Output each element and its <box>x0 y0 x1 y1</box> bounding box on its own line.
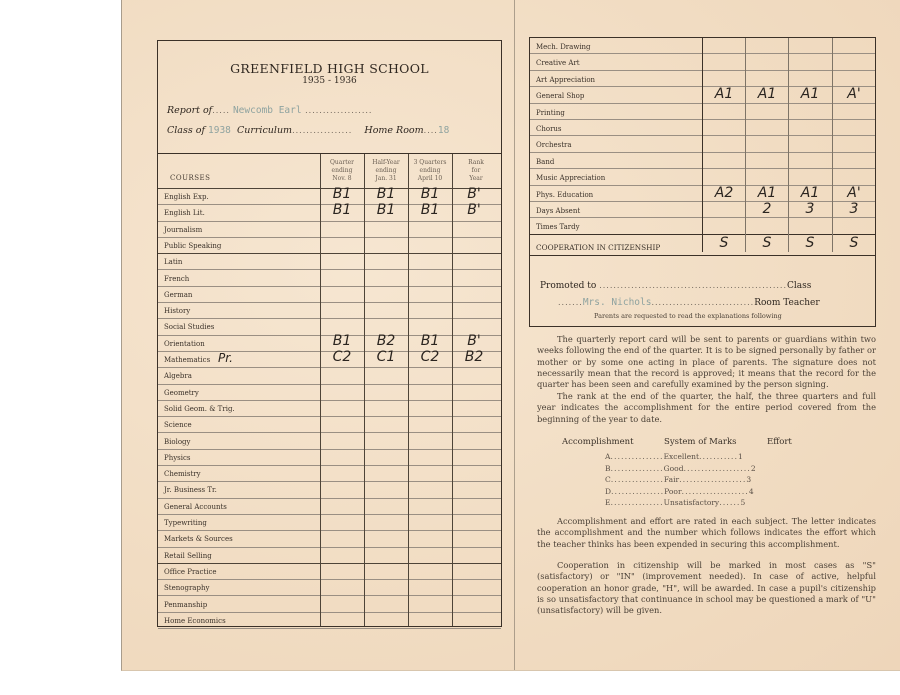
course-name: General Shop <box>536 92 584 100</box>
handwritten-note: Pr. <box>218 351 233 365</box>
grade-cell: A' <box>834 86 874 102</box>
table-row <box>158 385 501 401</box>
grade-cell: B1 <box>366 202 406 218</box>
course-name: French <box>164 275 189 283</box>
course-name: Physics <box>164 454 191 462</box>
class-of-value: 1938 <box>208 125 231 136</box>
course-name: Mathematics <box>164 356 210 364</box>
grade-cell: B2 <box>366 333 406 349</box>
course-name: General Accounts <box>164 503 227 511</box>
course-name: English Exp. <box>164 193 209 201</box>
grade-cell: A2 <box>704 185 744 201</box>
table-row <box>158 417 501 433</box>
report-of-field: Report of..... Newcomb Earl ............… <box>167 105 372 116</box>
teacher-name: Mrs. Nichols <box>583 297 652 308</box>
course-name: German <box>164 291 192 299</box>
grade-cell: B1 <box>410 186 450 202</box>
marks-legend-row: A...............Excellent...........1 <box>605 452 743 461</box>
course-name: Jr. Business Tr. <box>164 486 217 494</box>
table-row <box>158 368 501 384</box>
column-divider <box>320 154 321 626</box>
course-name: Public Speaking <box>164 242 221 250</box>
course-name: Social Studies <box>164 323 214 331</box>
grade-cell: C2 <box>410 349 450 365</box>
column-divider <box>832 38 833 252</box>
class-of-label: Class of <box>167 125 205 136</box>
marks-legend-row: E...............Unsatisfactory......5 <box>605 498 745 507</box>
grades-table-right: Mech. DrawingCreative ArtArt Appreciatio… <box>529 37 876 327</box>
grade-cell: 3 <box>790 201 830 217</box>
explanation-paragraph: Accomplishment and effort are rated in e… <box>537 516 876 550</box>
room-teacher-line: .......Mrs. Nichols.....................… <box>558 297 820 308</box>
course-name: Phys. Education <box>536 191 593 199</box>
course-name: Typewriting <box>164 519 207 527</box>
column-divider <box>364 154 365 626</box>
grade-cell: B1 <box>410 202 450 218</box>
school-years: 1935 - 1936 <box>158 76 501 86</box>
column-divider <box>408 154 409 626</box>
grade-cell: A1 <box>704 86 744 102</box>
column-header-row <box>158 154 501 189</box>
table-row <box>158 515 501 531</box>
course-name: English Lit. <box>164 209 205 217</box>
grade-cell: C2 <box>322 349 362 365</box>
course-name: Office Practice <box>164 568 217 576</box>
grade-cell: A1 <box>747 185 787 201</box>
grade-cell: B2 <box>454 349 494 365</box>
parents-note: Parents are requested to read the explan… <box>594 312 782 320</box>
course-name: Stenography <box>164 584 209 592</box>
course-name: Orchestra <box>536 141 572 149</box>
table-row <box>158 466 501 482</box>
home-room-value: 18 <box>438 125 449 136</box>
grade-cell: B1 <box>410 333 450 349</box>
course-name: Chemistry <box>164 470 201 478</box>
course-name: Home Economics <box>164 617 226 625</box>
table-row <box>158 254 501 270</box>
course-name: History <box>164 307 190 315</box>
marks-legend-row: D...............Poor...................4 <box>605 487 754 496</box>
course-name: Penmanship <box>164 601 207 609</box>
table-row <box>158 434 501 450</box>
course-name: Journalism <box>164 226 202 234</box>
column-divider <box>745 38 746 252</box>
curriculum-label: Curriculum <box>237 125 292 136</box>
course-name: Times Tardy <box>536 223 580 231</box>
column-divider <box>452 154 453 626</box>
course-name: Latin <box>164 258 182 266</box>
column-divider <box>702 38 703 252</box>
table-row <box>158 222 501 238</box>
promoted-to-line: Promoted to ............................… <box>540 281 811 291</box>
grade-cell: B' <box>454 202 494 218</box>
grade-cell: A1 <box>747 86 787 102</box>
grade-cell: A1 <box>790 185 830 201</box>
course-name: Creative Art <box>536 59 580 67</box>
course-name: Orientation <box>164 340 205 348</box>
table-row <box>158 271 501 287</box>
table-row <box>158 287 501 303</box>
course-name: Retail Selling <box>164 552 212 560</box>
explanation-paragraph: The rank at the end of the quarter, the … <box>537 391 876 425</box>
grade-cell: A1 <box>790 86 830 102</box>
grade-cell: B' <box>454 333 494 349</box>
table-row <box>158 597 501 613</box>
course-name: Music Appreciation <box>536 174 605 182</box>
course-name: Chorus <box>536 125 562 133</box>
course-name: Printing <box>536 109 565 117</box>
class-of-field: Class of 1938 Curriculum................… <box>167 125 449 136</box>
course-name: Band <box>536 158 554 166</box>
grade-cell: B1 <box>322 333 362 349</box>
marks-header-effort: Effort <box>767 437 792 447</box>
marks-legend-row: B...............Good...................2 <box>605 464 756 473</box>
grade-cell: B1 <box>366 186 406 202</box>
grade-cell: S <box>834 235 874 251</box>
grade-cell: S <box>790 235 830 251</box>
student-name: Newcomb Earl <box>233 105 302 116</box>
table-row <box>158 450 501 466</box>
grade-cell: B' <box>454 186 494 202</box>
table-row <box>158 303 501 319</box>
grade-cell: S <box>747 235 787 251</box>
course-name: Days Absent <box>536 207 580 215</box>
course-name: Science <box>164 421 192 429</box>
column-divider <box>788 38 789 252</box>
grade-cell: 3 <box>834 201 874 217</box>
course-name: Art Appreciation <box>536 76 595 84</box>
course-name: Algebra <box>164 372 192 380</box>
grade-cell: 2 <box>747 201 787 217</box>
course-name: Biology <box>164 438 191 446</box>
grade-cell: B1 <box>322 202 362 218</box>
grade-cell: B1 <box>322 186 362 202</box>
grade-cell: S <box>704 235 744 251</box>
table-row <box>158 580 501 596</box>
course-name: Solid Geom. & Trig. <box>164 405 235 413</box>
home-room-label: Home Room <box>364 125 423 136</box>
report-of-label: Report of <box>167 105 212 116</box>
explanation-paragraph: Cooperation in citizenship will be marke… <box>537 560 876 616</box>
marks-header-system: System of Marks <box>664 437 737 447</box>
grade-cell: A' <box>834 185 874 201</box>
grade-cell: C1 <box>366 349 406 365</box>
grades-table-left: GREENFIELD HIGH SCHOOL 1935 - 1936 Repor… <box>157 40 502 627</box>
course-name: Mech. Drawing <box>536 43 591 51</box>
course-name: Markets & Sources <box>164 535 233 543</box>
marks-header-accomplishment: Accomplishment <box>562 437 634 447</box>
school-name: GREENFIELD HIGH SCHOOL <box>158 61 501 76</box>
page-fold <box>514 0 515 670</box>
course-name: COOPERATION IN CITIZENSHIP <box>536 243 660 252</box>
marks-legend-row: C...............Fair...................3 <box>605 475 751 484</box>
explanation-paragraph: The quarterly report card will be sent t… <box>537 334 876 390</box>
course-name: Geometry <box>164 389 199 397</box>
